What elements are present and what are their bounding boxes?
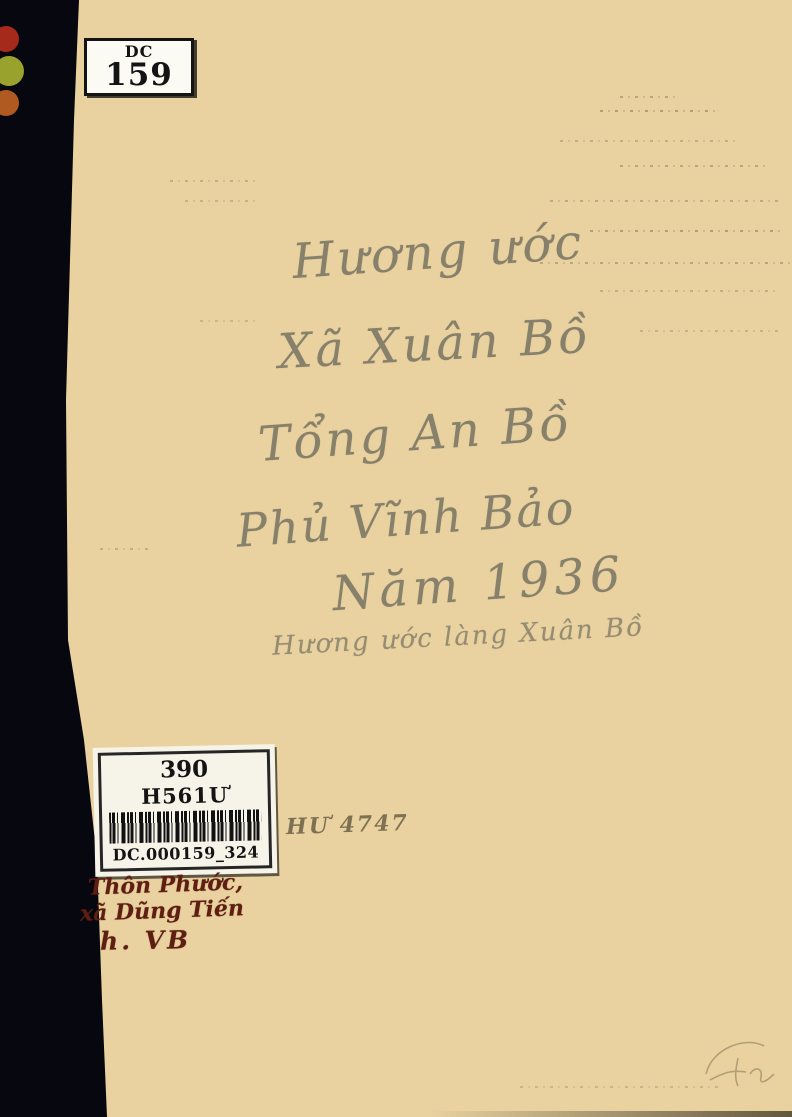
scan-noise bbox=[600, 110, 720, 112]
classification-number: 390 bbox=[106, 755, 263, 784]
handwritten-year-line: Năm 1936 bbox=[330, 546, 627, 622]
barcode-id-text: DC.000159_324 bbox=[108, 842, 264, 864]
library-barcode-label-inner: 390 H561Ư DC.000159_324 bbox=[98, 749, 272, 872]
scan-noise bbox=[640, 330, 780, 332]
handwritten-title-line-1: Hương ước bbox=[290, 214, 585, 290]
shelf-mark-number: 159 bbox=[87, 60, 191, 90]
shelf-mark-label: DC 159 bbox=[84, 38, 194, 96]
barcode bbox=[109, 809, 262, 843]
scan-noise bbox=[170, 180, 260, 182]
scan-noise bbox=[100, 548, 150, 550]
handwritten-title-line-3: Tổng An Bồ bbox=[256, 395, 573, 473]
library-barcode-label: 390 H561Ư DC.000159_324 bbox=[93, 744, 278, 877]
marker-note-line-2: xã Dũng Tiến bbox=[80, 895, 245, 927]
cutter-number: H561Ư bbox=[106, 781, 262, 809]
scan-noise bbox=[200, 320, 260, 322]
scan-noise bbox=[620, 165, 770, 167]
handwritten-title-line-4: Phủ Vĩnh Bảo bbox=[235, 480, 578, 558]
page-bottom-shadow-edge bbox=[430, 1111, 792, 1117]
handwritten-title-line-2: Xã Xuân Bồ bbox=[277, 308, 592, 380]
scan-noise bbox=[520, 1086, 720, 1088]
scan-noise bbox=[620, 96, 680, 98]
scan-noise bbox=[550, 200, 780, 202]
scanned-document-cover: DC 159 Hương ước Xã Xuân Bồ Tổng An Bồ P… bbox=[0, 0, 792, 1117]
scan-noise bbox=[600, 290, 780, 292]
scan-noise bbox=[185, 200, 255, 202]
scan-noise bbox=[590, 230, 780, 232]
marker-note-line-3: h. VB bbox=[100, 925, 192, 956]
pencil-squiggle-mark bbox=[692, 1030, 788, 1102]
scan-noise bbox=[560, 140, 740, 142]
pencil-accession-note: HƯ 4747 bbox=[286, 810, 410, 840]
pencil-subtitle: Hương ước làng Xuân Bồ bbox=[271, 612, 644, 661]
